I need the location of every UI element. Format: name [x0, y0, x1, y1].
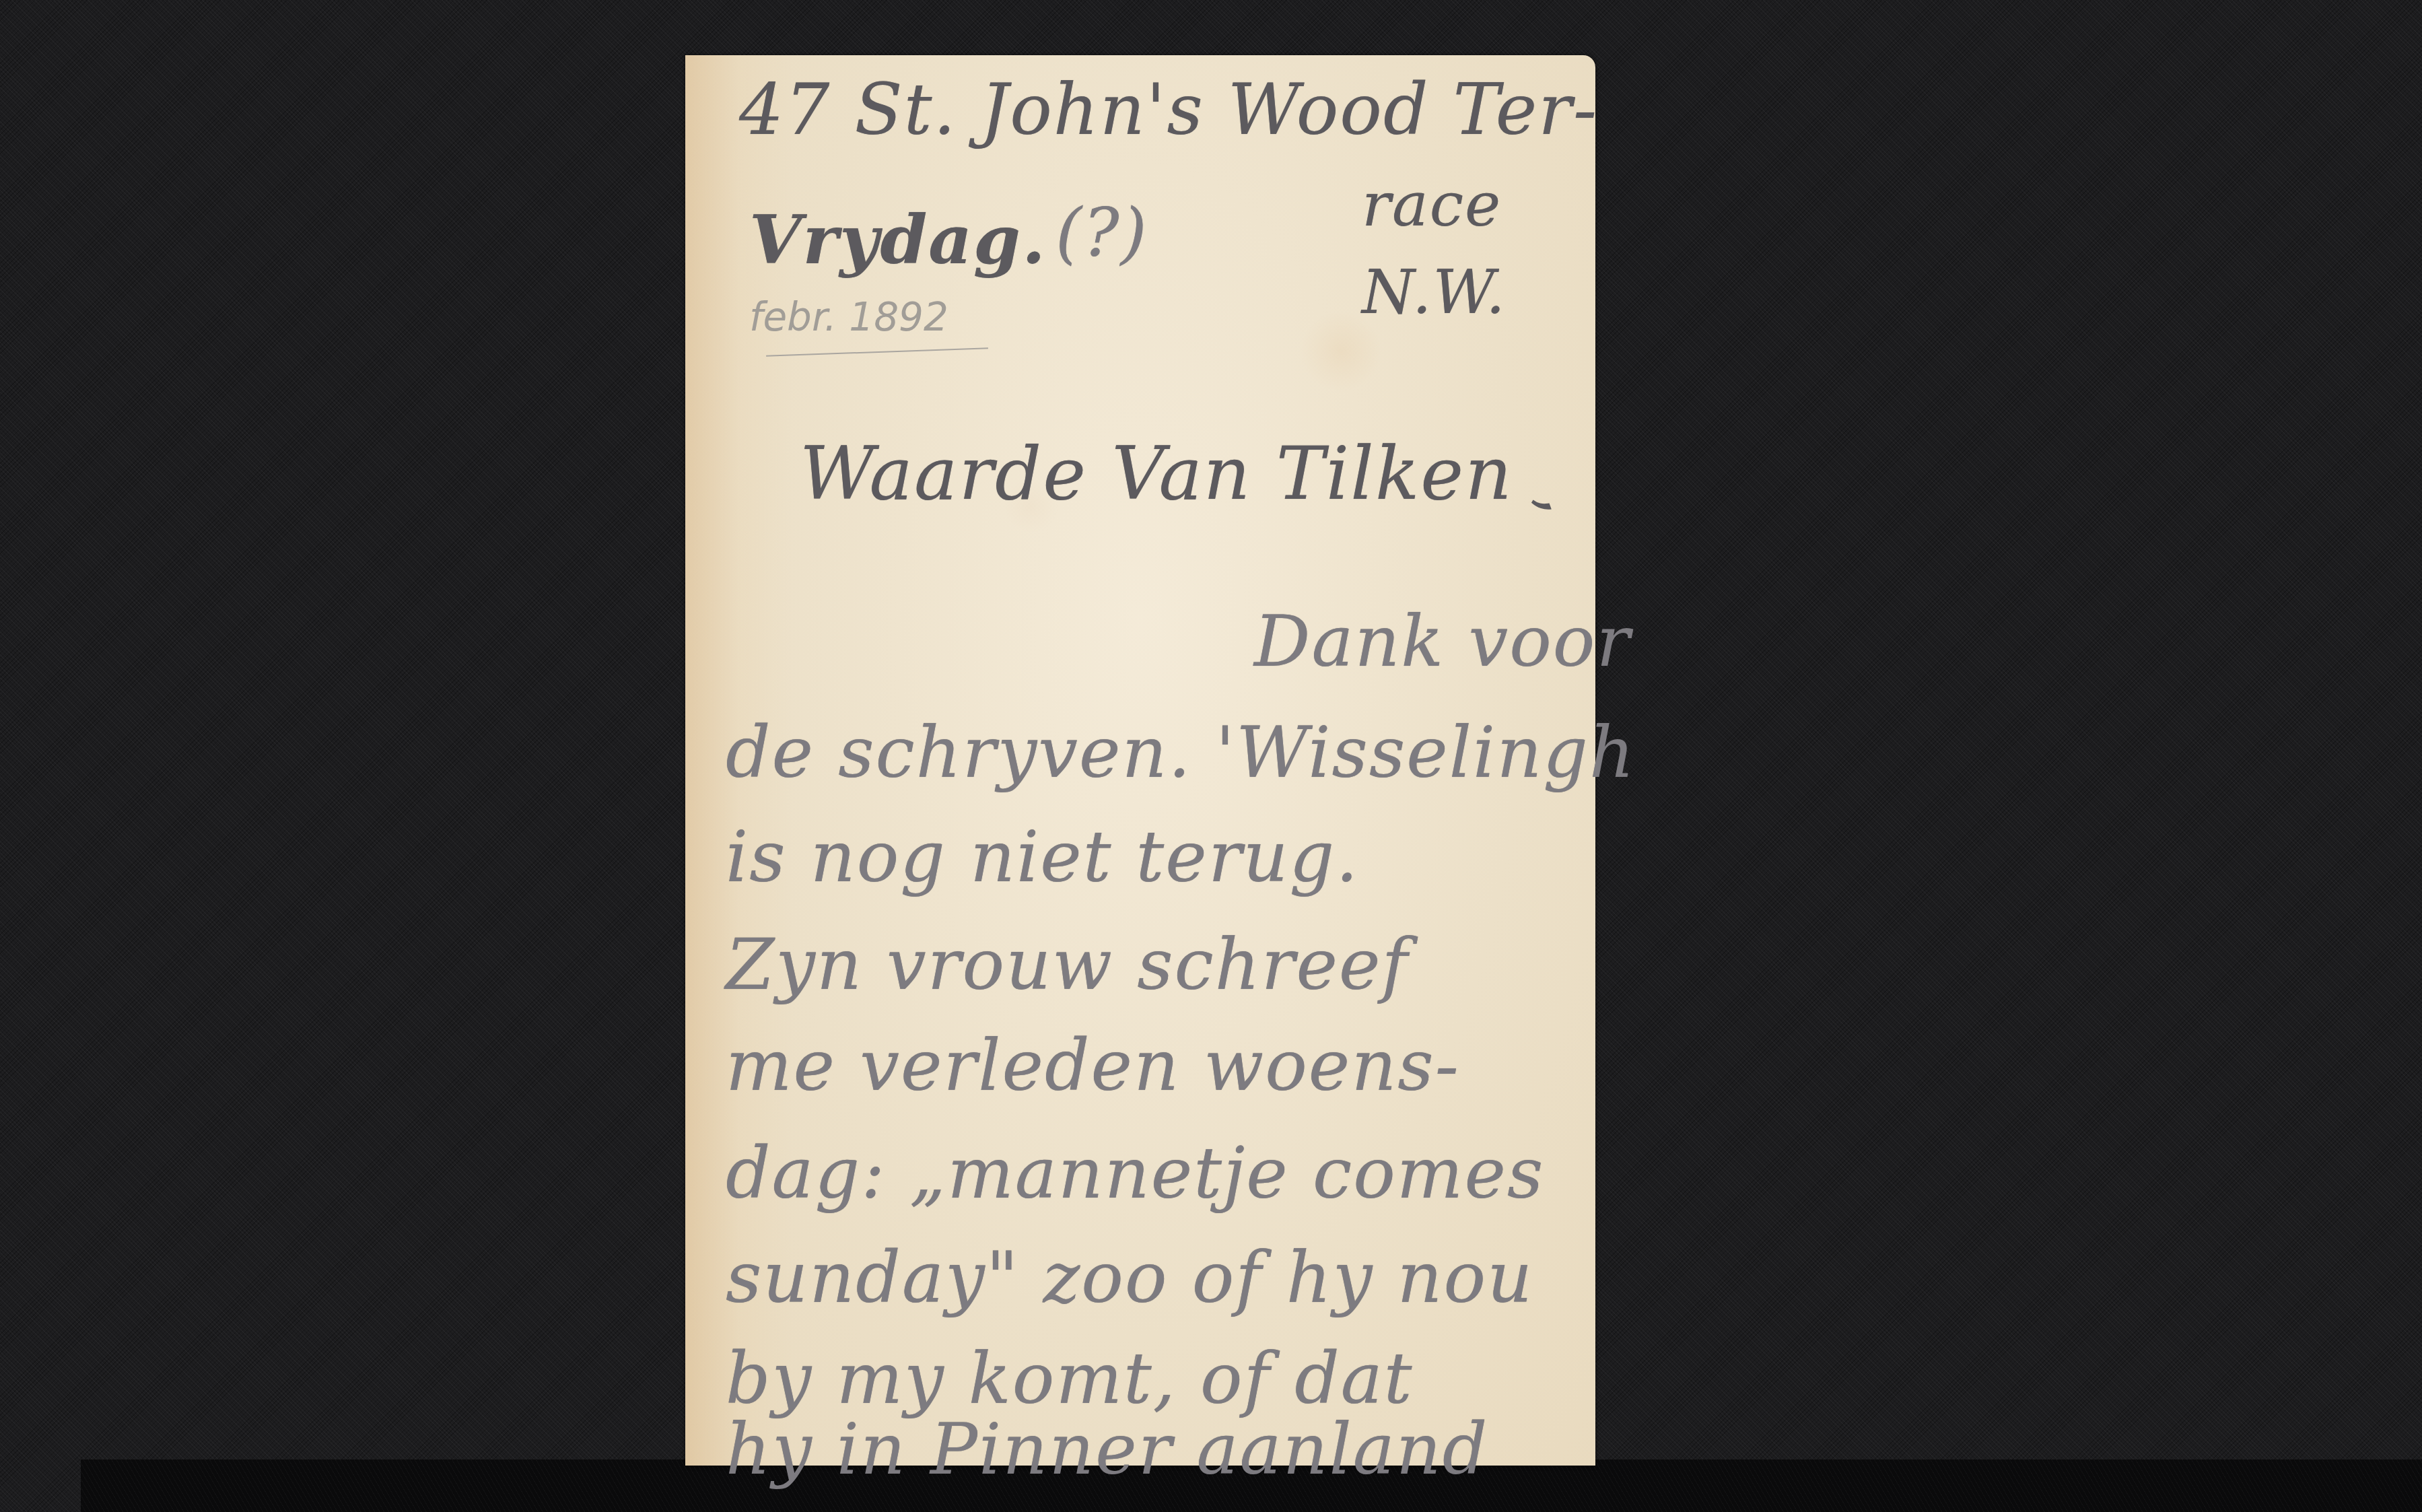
letter-page: 47 St. John's Wood Ter- race N.W. Vrydag…	[685, 55, 1595, 1466]
salutation: Waarde Van Tilken	[800, 432, 1513, 516]
body-line: Zyn vrouw schreef	[726, 924, 1409, 1006]
query-annotation: (?)	[1056, 193, 1148, 272]
body-line: dag: „mannetje comes	[726, 1132, 1544, 1214]
pencil-date-annotation: febr. 1892	[749, 294, 948, 340]
weekday-heading: Vrydag.	[749, 200, 1047, 279]
address-line-3: N.W.	[1362, 257, 1507, 328]
body-line: sunday" zoo of hy nou	[726, 1237, 1533, 1319]
body-line: Dank voor	[1254, 600, 1631, 683]
body-line: by my komt, of dat	[726, 1338, 1414, 1420]
body-line: hy in Pinner aanland	[726, 1408, 1488, 1490]
address-line-1: 47 St. John's Wood Ter-	[739, 69, 1598, 151]
pencil-underline	[766, 347, 988, 357]
body-line: is nog niet terug.	[726, 816, 1359, 898]
body-line: de schryven. 'Wisselingh	[726, 712, 1636, 794]
body-line: me verleden woens-	[726, 1025, 1460, 1107]
salutation-punctuation: ,	[1523, 475, 1605, 522]
address-line-2: race	[1362, 170, 1502, 240]
